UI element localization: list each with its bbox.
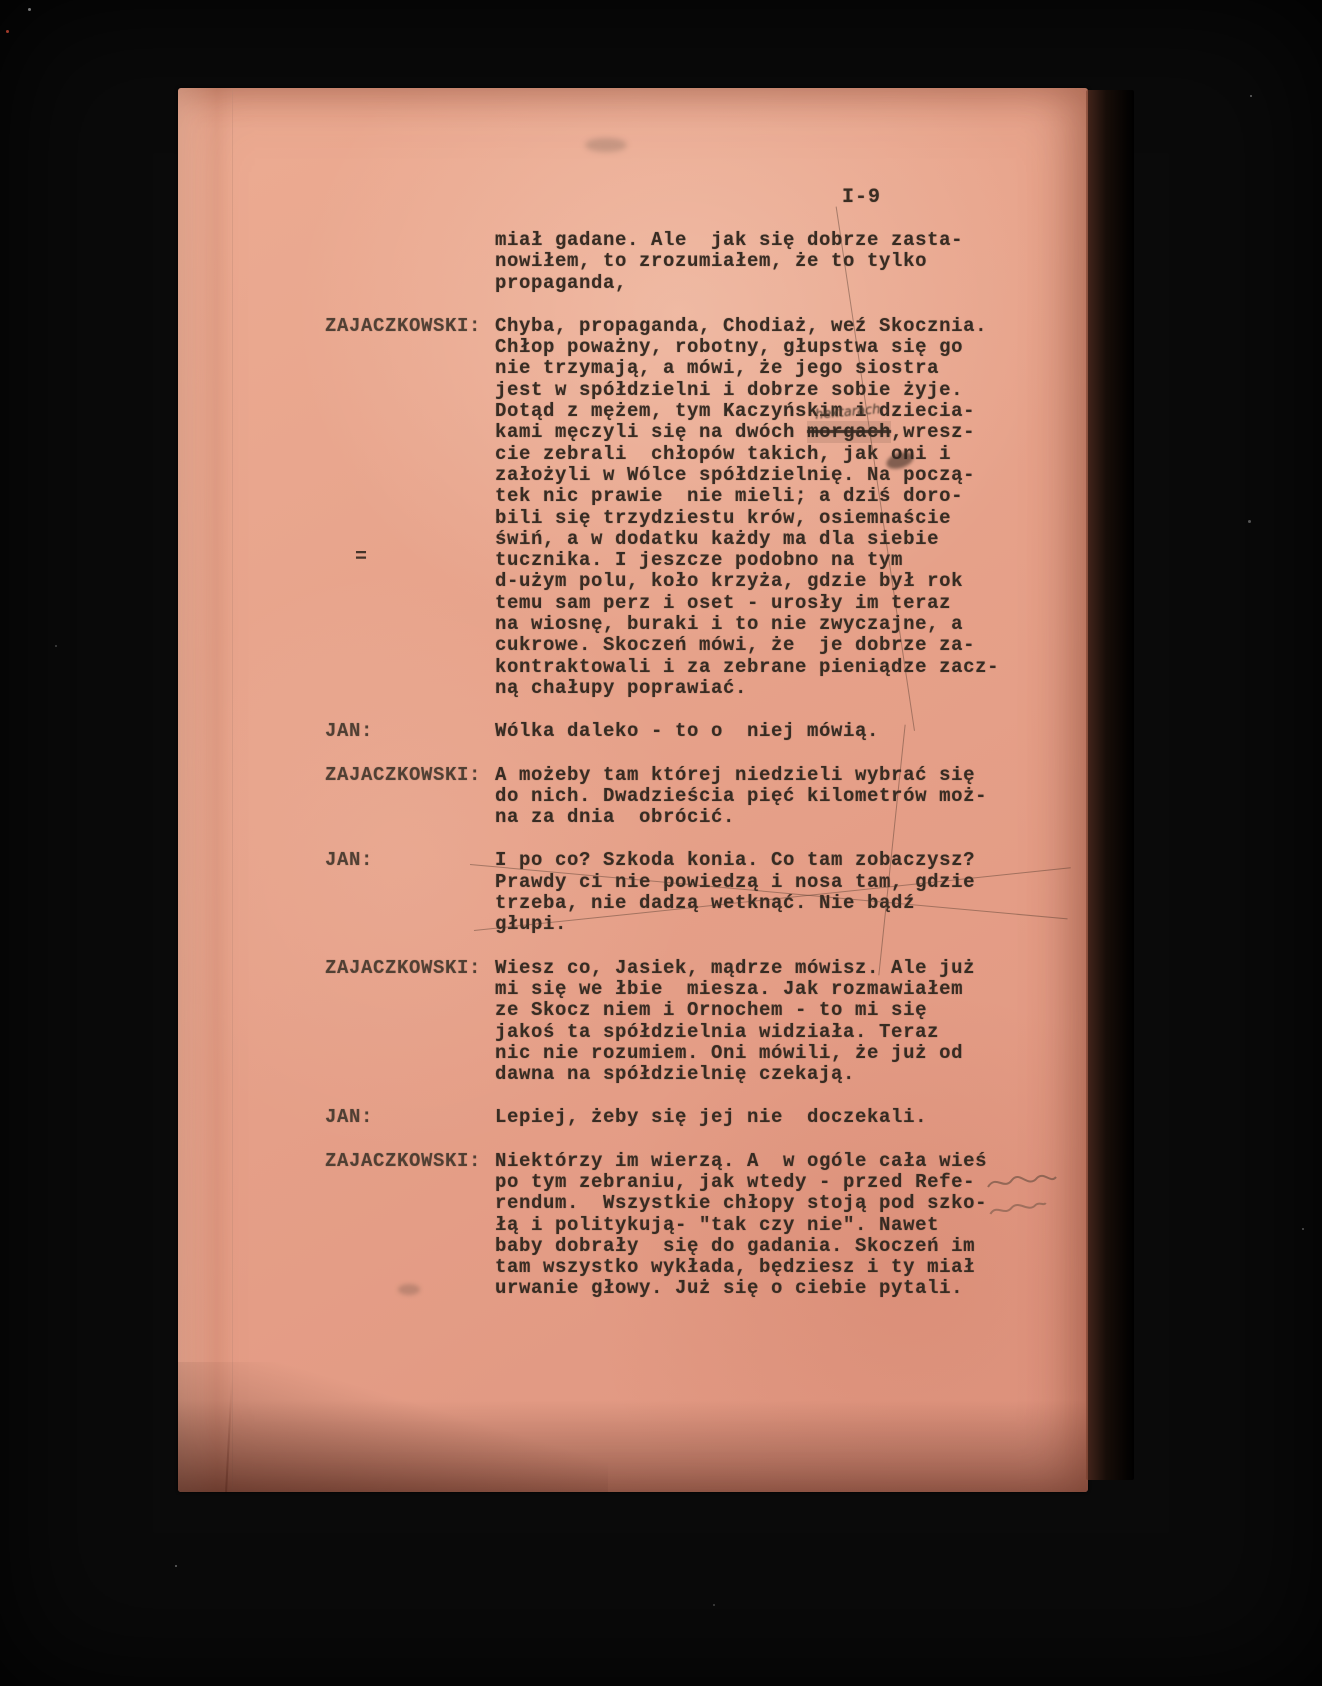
struck-word: morgachhektarach: [807, 421, 891, 443]
script-line: jest w spółdzielni i dobrze sobie żyje.: [495, 380, 1035, 401]
speaker-label: ZAJACZKOWSKI:: [325, 765, 495, 829]
dialogue-block: ZAJACZKOWSKI:Niektórzy im wierzą. A w og…: [325, 1151, 1051, 1300]
dust-speck: [1250, 95, 1252, 97]
script-line: Lepiej, żeby się jej nie doczekali.: [495, 1107, 1035, 1128]
dialogue-block: JAN:Wólka daleko - to o niej mówią.: [325, 721, 1051, 742]
speaker-label: ZAJACZKOWSKI:: [325, 958, 495, 1086]
stain-smudge: [398, 1284, 420, 1295]
script-line: propaganda,: [495, 273, 1035, 294]
dust-speck: [175, 1565, 177, 1567]
dust-speck: [1302, 1228, 1304, 1230]
dust-speck: [55, 645, 57, 647]
script-page: I-9 = miał gadane. Ale jak się dobrze za…: [178, 88, 1088, 1492]
script-line: Chłop poważny, robotny, głupstwa się go: [495, 337, 1035, 358]
dialogue-text: miał gadane. Ale jak się dobrze zasta-no…: [495, 230, 1035, 294]
script-line: świń, a w dodatku każdy ma dla siebie: [495, 529, 1035, 550]
page-number: I-9: [842, 186, 881, 209]
dialogue-block: ZAJACZKOWSKI:A możeby tam której niedzie…: [325, 765, 1051, 829]
speaker-label: ZAJACZKOWSKI:: [325, 316, 495, 699]
speaker-label: ZAJACZKOWSKI:: [325, 1151, 495, 1300]
script-line: ze Skocz niem i Ornochem - to mi się: [495, 1000, 1035, 1021]
dialogue-text: A możeby tam której niedzieli wybrać się…: [495, 765, 1035, 829]
dialogue-block: JAN:Lepiej, żeby się jej nie doczekali.: [325, 1107, 1051, 1128]
pencil-scribble: [987, 1196, 1048, 1220]
pencil-scribble: [985, 1168, 1059, 1194]
dialogue-text: Lepiej, żeby się jej nie doczekali.: [495, 1107, 1035, 1128]
script-line: na za dnia obrócić.: [495, 807, 1035, 828]
speaker-label: JAN:: [325, 721, 495, 742]
script-line: Chyba, propaganda, Chodiaż, weź Skocznia…: [495, 316, 1035, 337]
scanned-document: I-9 = miał gadane. Ale jak się dobrze za…: [0, 0, 1322, 1686]
script-line: urwanie głowy. Już się o ciebie pytali.: [495, 1278, 1035, 1299]
script-line: miał gadane. Ale jak się dobrze zasta-: [495, 230, 1035, 251]
script-line: kontraktowali i za zebrane pieniądze zac…: [495, 657, 1035, 678]
script-line: Dotąd z mężem, tym Kaczyńskim i dziecia-: [495, 401, 1035, 422]
script-line: mi się we łbie miesza. Jak rozmawiałem: [495, 979, 1035, 1000]
script-line: kami męczyli się na dwóch morgachhektara…: [495, 422, 1035, 443]
dialogue-block: miał gadane. Ale jak się dobrze zasta-no…: [325, 230, 1051, 294]
stain-smudge: [585, 138, 627, 152]
book-edge-shadow: [1086, 90, 1134, 1480]
dialogue-text: Wiesz co, Jasiek, mądrze mówisz. Ale już…: [495, 958, 1035, 1086]
script-line: założyli w Wólce spółdzielnię. Na począ-: [495, 465, 1035, 486]
script-line: rendum. Wszystkie chłopy stoją pod szko-: [495, 1193, 1035, 1214]
script-line: tucznika. I jeszcze podobno na tym: [495, 550, 1035, 571]
script-line: nowiłem, to zrozumiałem, że to tylko: [495, 251, 1035, 272]
dust-speck: [1248, 520, 1251, 523]
script-line: nic nie rozumiem. Oni mówili, że już od: [495, 1043, 1035, 1064]
script-line: dawna na spółdzielnię czekają.: [495, 1064, 1035, 1085]
script-line: łą i politykują- "tak czy nie". Nawet: [495, 1215, 1035, 1236]
dialogue-block: JAN:I po co? Szkoda konia. Co tam zobacz…: [325, 850, 1051, 935]
dialogue-text: I po co? Szkoda konia. Co tam zobaczysz?…: [495, 850, 1035, 935]
script-line: cie zebrali chłopów takich, jak oni i: [495, 444, 1035, 465]
script-line: A możeby tam której niedzieli wybrać się: [495, 765, 1035, 786]
dialogue-block: ZAJACZKOWSKI:Chyba, propaganda, Chodiaż,…: [325, 316, 1051, 699]
script-line: po tym zebraniu, jak wtedy - przed Refe-: [495, 1172, 1035, 1193]
dust-speck: [6, 30, 9, 33]
paper-corner-shadow: [178, 1362, 608, 1492]
script-line: tek nic prawie nie mieli; a dziś doro-: [495, 486, 1035, 507]
script-line: cukrowe. Skoczeń mówi, że je dobrze za-: [495, 635, 1035, 656]
dust-speck: [713, 1604, 715, 1606]
script-line: Wiesz co, Jasiek, mądrze mówisz. Ale już: [495, 958, 1035, 979]
script-line: d-użym polu, koło krzyża, gdzie był rok: [495, 571, 1035, 592]
dialogue-text: Chyba, propaganda, Chodiaż, weź Skocznia…: [495, 316, 1035, 699]
dialogue-blocks: miał gadane. Ale jak się dobrze zasta-no…: [325, 230, 1051, 1322]
dust-speck: [28, 8, 31, 11]
script-line: temu sam perz i oset - urosły im teraz: [495, 593, 1035, 614]
script-line: ną chałupy poprawiać.: [495, 678, 1035, 699]
script-line: baby dobrały się do gadania. Skoczeń im: [495, 1236, 1035, 1257]
script-line: na wiosnę, buraki i to nie zwyczajne, a: [495, 614, 1035, 635]
script-line: trzeba, nie dadzą wetknąć. Nie bądź: [495, 893, 1035, 914]
line-text: kami męczyli się na dwóch: [495, 421, 807, 443]
dialogue-text: Niektórzy im wierzą. A w ogóle cała wieś…: [495, 1151, 1035, 1300]
speaker-label: [325, 230, 495, 294]
script-line: bili się trzydziestu krów, osiemnaście: [495, 508, 1035, 529]
script-line: Niektórzy im wierzą. A w ogóle cała wieś: [495, 1151, 1035, 1172]
script-line: głupi.: [495, 914, 1035, 935]
script-line: jakoś ta spółdzielnia widziała. Teraz: [495, 1022, 1035, 1043]
script-line: nie trzymają, a mówi, że jego siostra: [495, 358, 1035, 379]
dialogue-block: ZAJACZKOWSKI:Wiesz co, Jasiek, mądrze mó…: [325, 958, 1051, 1086]
dialogue-text: Wólka daleko - to o niej mówią.: [495, 721, 1035, 742]
script-line: I po co? Szkoda konia. Co tam zobaczysz?: [495, 850, 1035, 871]
script-line: Wólka daleko - to o niej mówią.: [495, 721, 1035, 742]
speaker-label: JAN:: [325, 1107, 495, 1128]
script-line: tam wszystko wykłada, będziesz i ty miał: [495, 1257, 1035, 1278]
script-line: do nich. Dwadzieścia pięć kilometrów moż…: [495, 786, 1035, 807]
paper-left-edge: [178, 88, 233, 1492]
line-text: ,wresz-: [891, 421, 975, 443]
